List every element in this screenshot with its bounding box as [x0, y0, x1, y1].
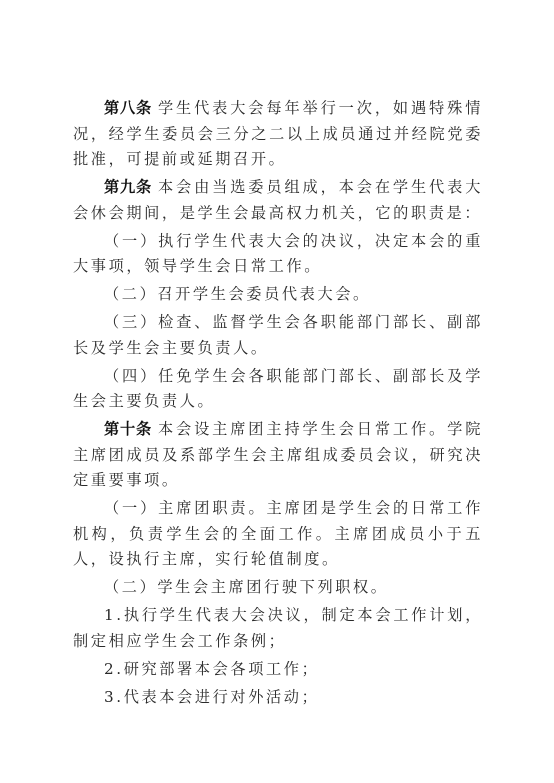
- paragraph-text: （三）检查、监督学生会各职能部门部长、副部长及学生会主要负责人。: [73, 313, 483, 357]
- paragraph-item: 1.执行学生代表大会决议，制定本会工作计划，制定相应学生会工作条例；: [73, 603, 483, 654]
- article-heading: 第八条: [104, 99, 152, 117]
- paragraph-item: 3.代表本会进行对外活动；: [73, 685, 483, 711]
- paragraph-item: 2.研究部署本会各项工作；: [73, 657, 483, 683]
- paragraph-article-8: 第八条学生代表大会每年举行一次，如遇特殊情况，经学生委员会三分之二以上成员通过并…: [73, 96, 483, 173]
- paragraph-item: （四）任免学生会各职能部门部长、副部长及学生会主要负责人。: [73, 364, 483, 415]
- document-page: 第八条学生代表大会每年举行一次，如遇特殊情况，经学生委员会三分之二以上成员通过并…: [73, 96, 483, 713]
- paragraph-item: （二）召开学生会委员代表大会。: [73, 282, 483, 308]
- paragraph-item: （一）主席团职责。主席团是学生会的日常工作机构，负责学生会的全面工作。主席团成员…: [73, 496, 483, 573]
- paragraph-article-10: 第十条本会设主席团主持学生会日常工作。学院主席团成员及系部学生会主席组成委员会议…: [73, 417, 483, 494]
- paragraph-text: （一）主席团职责。主席团是学生会的日常工作机构，负责学生会的全面工作。主席团成员…: [73, 499, 483, 568]
- article-heading: 第九条: [104, 178, 152, 196]
- paragraph-text: （一）执行学生代表大会的决议，决定本会的重大事项，领导学生会日常工作。: [73, 232, 483, 276]
- paragraph-article-9: 第九条本会由当选委员组成，本会在学生代表大会休会期间，是学生会最高权力机关，它的…: [73, 175, 483, 226]
- article-heading: 第十条: [104, 420, 152, 438]
- paragraph-item: （一）执行学生代表大会的决议，决定本会的重大事项，领导学生会日常工作。: [73, 229, 483, 280]
- paragraph-text: 1.执行学生代表大会决议，制定本会工作计划，制定相应学生会工作条例；: [73, 606, 483, 650]
- paragraph-item: （二）学生会主席团行驶下列职权。: [73, 575, 483, 601]
- paragraph-text: （四）任免学生会各职能部门部长、副部长及学生会主要负责人。: [73, 367, 483, 411]
- paragraph-text: 2.研究部署本会各项工作；: [104, 660, 319, 678]
- paragraph-text: （二）召开学生会委员代表大会。: [104, 285, 371, 303]
- paragraph-item: （三）检查、监督学生会各职能部门部长、副部长及学生会主要负责人。: [73, 310, 483, 361]
- paragraph-text: 3.代表本会进行对外活动；: [104, 688, 319, 706]
- paragraph-text: （二）学生会主席团行驶下列职权。: [104, 578, 389, 596]
